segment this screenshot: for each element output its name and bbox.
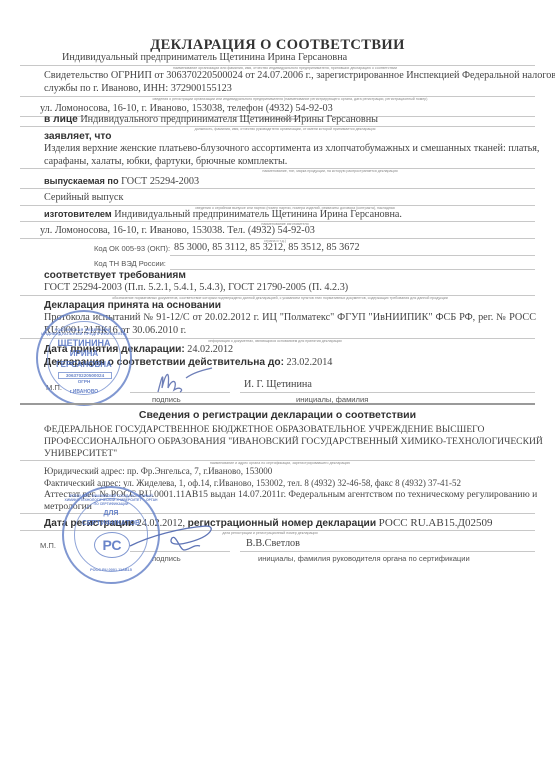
okp-code-label: Код ОК 005-93 (ОКП):	[94, 244, 170, 253]
stamp-arc-text: РОССИЙСКАЯ ФЕДЕРАЦИЯ · ИНДИВИДУАЛЬНЫЙ ПР…	[38, 328, 130, 336]
stamp-bottom-text: РОСС RU.0001.11АВ15	[64, 568, 158, 572]
registration-date-caption: дата регистрации и регистрационный номер…	[210, 531, 330, 535]
applicant-registration-caption: сведения о регистрации организации или и…	[120, 97, 460, 101]
product-description-line2: сарафаны, халаты, юбки, фартуки, брючные…	[44, 156, 287, 168]
declaration-page: ДЕКЛАРАЦИЯ О СООТВЕТСТВИИ Индивидуальный…	[0, 0, 555, 768]
basis-caption: информация о документах, являющихся осно…	[175, 339, 375, 343]
manufacturer-row: изготовителем Индивидуальный предпринима…	[44, 208, 402, 221]
product-description-line1: Изделия верхние женские платьево-блузочн…	[44, 143, 536, 155]
produced-label: выпускаемая по	[44, 176, 119, 186]
representative-caption: должность, фамилия, имя, отчество руково…	[170, 127, 400, 131]
tnved-code-label: Код ТН ВЭД России:	[94, 259, 166, 268]
accepted-date-value: 24.02.2012	[187, 344, 233, 355]
stamp-city: г.ИВАНОВО	[38, 389, 130, 395]
cert-head-name-caption: инициалы, фамилия руководителя органа по…	[258, 554, 470, 563]
serial-production: Серийный выпуск	[44, 192, 123, 204]
stamp-arc-text: ФГБОУ ВПО "ИВАНОВСКИЙ ГОСУДАРСТВЕННЫЙ ХИ…	[64, 494, 158, 506]
stamp-line1: ЩЕТИНИНА	[38, 338, 130, 348]
okp-code-value: 85 3000, 85 3112, 85 3212, 85 3512, 85 3…	[174, 242, 360, 254]
divider	[170, 255, 535, 256]
stamp-line3: ГЕРСАНОВНА	[38, 360, 130, 369]
representative-label: в лице	[44, 114, 78, 125]
basis-label: Декларация принята на основании	[44, 300, 221, 311]
handwritten-signature-icon	[120, 520, 220, 560]
stamp-line1: ДЛЯ	[64, 510, 158, 517]
stamp-ogrn: 306370220500024	[58, 372, 112, 379]
basis-line1: Протокола испытаний № 91-12/С от 20.02.2…	[44, 312, 536, 324]
cert-head-name: В.В.Светлов	[246, 538, 300, 550]
requirements-value: ГОСТ 25294-2003 (П.п. 5.2.1, 5.4.1, 5.4.…	[44, 282, 348, 294]
stamp-ogrn-label: ОГРН	[38, 379, 130, 384]
applicant-registration-line2: службы по г. Иваново, ИНН: 372900155123	[44, 83, 232, 95]
declares-label: заявляет, что	[44, 131, 112, 142]
manufacturer-address: ул. Ломоносова, 16-10, г. Иваново, 15303…	[40, 225, 315, 237]
divider	[170, 269, 535, 270]
manufacturer-label: изготовителем	[44, 209, 112, 219]
manufacturer-value: Индивидуальный предприниматель Щетинина …	[114, 209, 402, 220]
cert-body-line1: ФЕДЕРАЛЬНОЕ ГОСУДАРСТВЕННОЕ БЮДЖЕТНОЕ ОБ…	[44, 424, 484, 436]
mp-label-2: М.П.	[40, 541, 56, 550]
stamp-line2: ИРИНА	[38, 349, 130, 358]
registration-heading: Сведения о регистрации декларации о соот…	[0, 409, 555, 421]
requirements-label: соответствует требованиям	[44, 270, 186, 281]
divider	[20, 188, 535, 189]
signer-name: И. Г. Щетинина	[244, 379, 312, 391]
cert-body-line3: УНИВЕРСИТЕТ"	[44, 448, 117, 460]
cert-body-line2: ПРОФЕССИОНАЛЬНОГО ОБРАЗОВАНИЯ "ИВАНОВСКИ…	[44, 436, 543, 448]
section-separator	[20, 403, 535, 405]
registration-number-value: РОСС RU.АВ15.Д02509	[379, 517, 493, 529]
entrepreneur-stamp: РОССИЙСКАЯ ФЕДЕРАЦИЯ · ИНДИВИДУАЛЬНЫЙ ПР…	[36, 310, 132, 406]
applicant-name: Индивидуальный предприниматель Щетинина …	[62, 52, 347, 64]
representative-row: в лице Индивидуального предпринимателя Щ…	[44, 114, 378, 126]
legal-address: Юридический адрес: пр. Фр.Энгельса, 7, г…	[44, 465, 272, 477]
produced-row: выпускаемая по ГОСТ 25294-2003	[44, 175, 199, 188]
applicant-registration-line1: Свидетельство ОГРНИП от 306370220500024 …	[44, 70, 555, 82]
representative-value: Индивидуального предпринимателя Щетинино…	[80, 114, 378, 125]
handwritten-signature-icon	[150, 366, 220, 396]
name-line-2	[240, 551, 535, 552]
valid-until-value: 23.02.2014	[287, 357, 333, 368]
product-description-caption: наименование, тип, марка продукции, на к…	[230, 169, 430, 173]
name-line	[240, 392, 535, 393]
produced-standard: ГОСТ 25294-2003	[121, 176, 199, 187]
